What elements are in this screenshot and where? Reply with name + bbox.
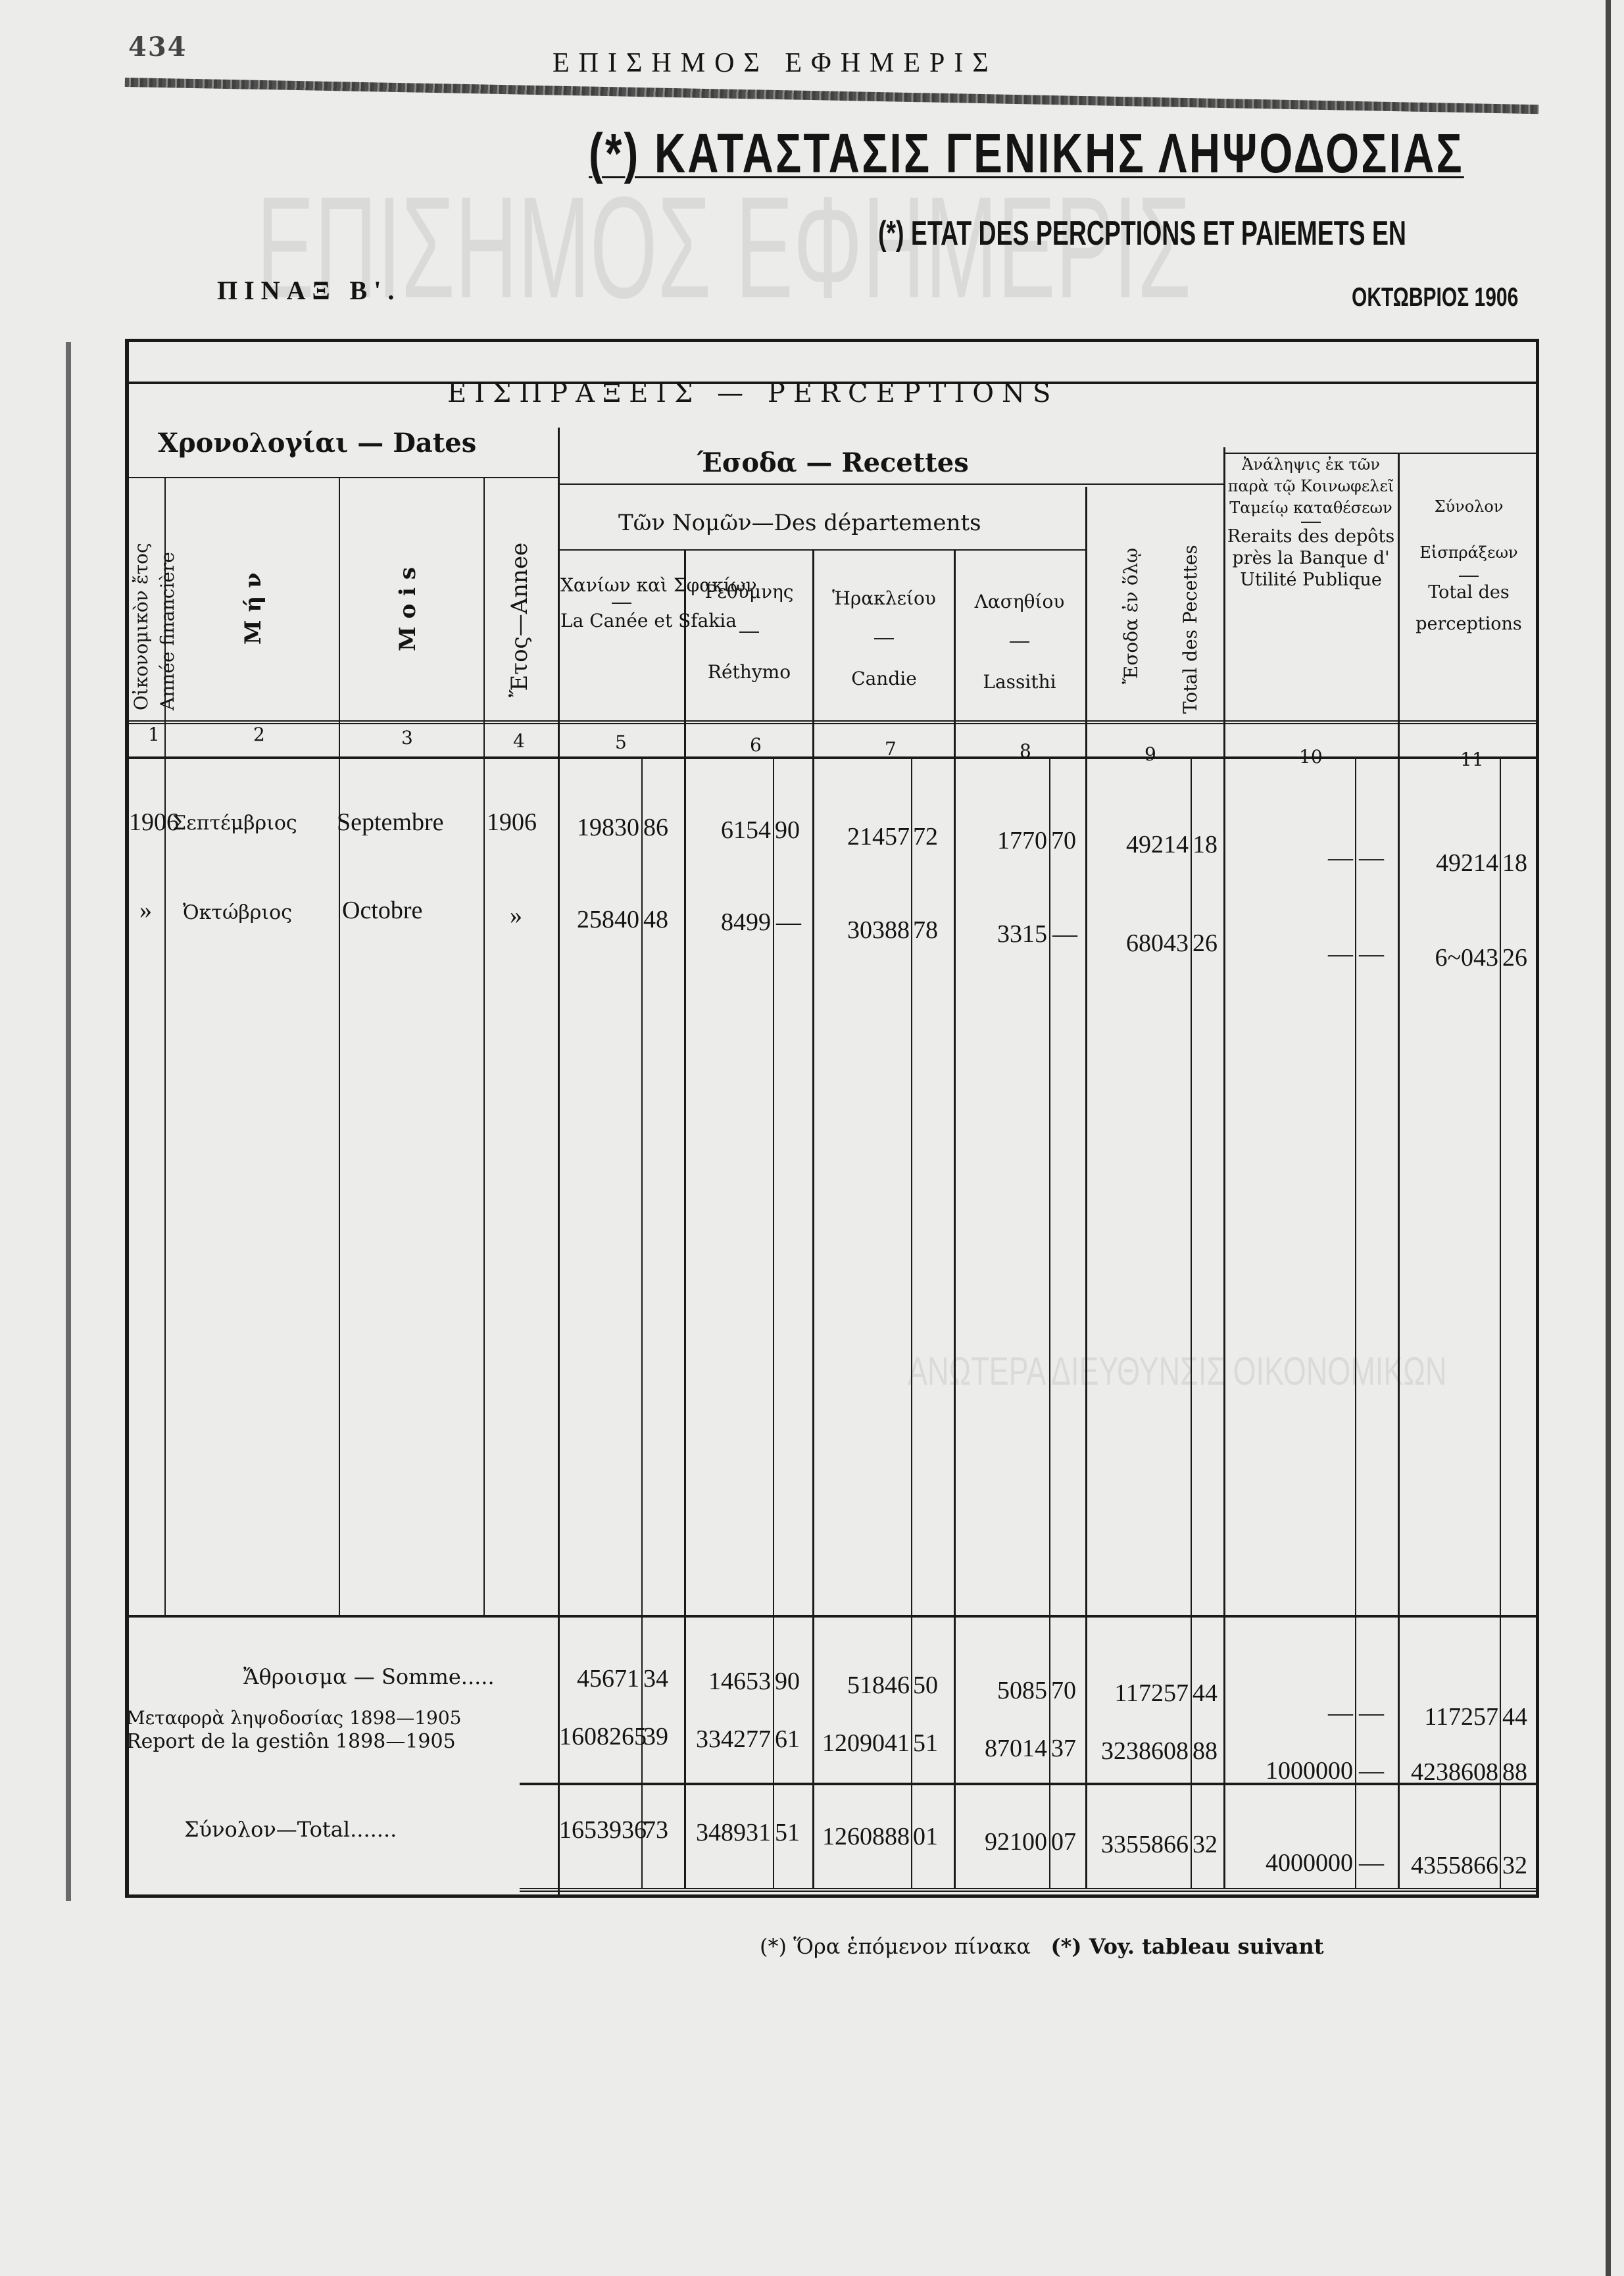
cell-c9-cents: 26 (1193, 929, 1218, 958)
cell-c8: 92100 (955, 1827, 1047, 1856)
cell-c8-cents: 70 (1051, 826, 1076, 855)
cell-c5-cents: 48 (643, 905, 668, 934)
col-number: 6 (750, 734, 762, 756)
cell-c11-cents: 26 (1502, 943, 1527, 972)
footnote-french: (*) Voy. tableau suivant (1051, 1934, 1324, 1959)
header-rule (125, 78, 1539, 114)
col-number: 5 (615, 731, 627, 753)
cell-c10-cents: — (1359, 939, 1384, 968)
cell-c6: 348931 (685, 1818, 771, 1847)
cents-divider (1500, 756, 1501, 1888)
cell-c10-cents: — (1359, 1756, 1384, 1785)
cell-c6-cents: 51 (775, 1818, 800, 1847)
recettes-group-header: Έσοδα — Recettes (697, 447, 969, 478)
cell-month-french: Septembre (337, 808, 444, 837)
report-label-french: Report de la gestiôn 1898—1905 (126, 1730, 456, 1753)
rule-above-somme (125, 1615, 1539, 1618)
col-number: 2 (253, 724, 265, 745)
cell-c9-cents: 88 (1193, 1737, 1218, 1766)
departments-group-header: Τῶν Νομῶν—Des départements (618, 510, 981, 536)
dates-group-header: Χρονολογίαι — Dates (158, 428, 476, 458)
cell-c11-cents: 44 (1502, 1702, 1527, 1731)
col-number: 4 (513, 730, 525, 752)
page-edge (1606, 0, 1611, 2276)
col-number: 11 (1460, 749, 1484, 770)
cell-c7-cents: 50 (913, 1671, 938, 1700)
cell-c8-cents: — (1052, 920, 1077, 949)
cell-c11-cents: 32 (1502, 1851, 1527, 1880)
rule-under-departments (559, 549, 1085, 551)
cell-c6-cents: 90 (775, 1667, 800, 1696)
col-number: 7 (885, 738, 897, 760)
col-divider (339, 477, 340, 1615)
cell-c6-cents: — (776, 908, 801, 937)
cell-c9-cents: 18 (1193, 830, 1218, 859)
somme-label: Ἄθροισμα — Somme..... (243, 1664, 495, 1689)
page-number: 434 (128, 32, 187, 62)
cell-c8: 3315 (955, 920, 1047, 949)
cell-c6: 334277 (685, 1725, 771, 1754)
cell-c8-cents: 07 (1051, 1827, 1076, 1856)
cell-c5: 45671 (559, 1664, 639, 1693)
col-number: 8 (1020, 740, 1031, 762)
cell-c7: 1260888 (814, 1822, 910, 1851)
cell-c9: 3355866 (1087, 1830, 1189, 1859)
cell-month-greek: Σεπτέμβριος (172, 812, 297, 835)
page-title-french: (*) ETAT DES PERCPTIONS ET PAIEMETS EN (878, 214, 1406, 253)
col-number: 1 (148, 724, 160, 745)
cell-c11-cents: 18 (1502, 849, 1527, 878)
cell-c5: 1653936 (559, 1816, 639, 1844)
cell-c9: 68043 (1087, 929, 1189, 958)
cell-c10: — (1225, 939, 1353, 968)
rule-under-dates (125, 477, 559, 478)
col9-header-greek: Ἔσοδα ἐν ὅλῳ (1118, 548, 1144, 684)
page-title-greek: (*) ΚΑΤΑΣΤΑΣΙΣ ΓΕΝΙΚΗΣ ΛΗΨΟΔΟΣΙΑΣ (589, 122, 1464, 186)
cell-c5: 1608265 (559, 1722, 639, 1751)
col10-header: Ἀνάληψις ἐκ τῶν παρὰ τῷ Κοινωφελεῖ Ταμεί… (1225, 454, 1397, 591)
cell-c5-cents: 73 (643, 1816, 668, 1844)
cell-c9: 3238608 (1087, 1737, 1189, 1766)
section-title: ΕΙΣΠΡΑΞΕΙΣ — PERCEPTIONS (447, 378, 1058, 408)
cell-c6: 6154 (685, 816, 771, 845)
cell-c10-cents: — (1359, 1848, 1384, 1877)
cell-c6: 8499 (685, 908, 771, 937)
cents-divider (1191, 756, 1192, 1888)
cell-c7-cents: 51 (913, 1729, 938, 1758)
col11-header: Σύνολον Εἰσπράξεων Total des perceptions (1400, 483, 1538, 640)
col-divider (1398, 454, 1400, 1888)
cell-c7: 51846 (814, 1671, 910, 1700)
cell-c6: 14653 (685, 1667, 771, 1696)
col2-header: Μ ή ν (240, 572, 266, 645)
cell-c10: 4000000 (1225, 1848, 1353, 1877)
cell-c7-cents: 01 (913, 1822, 938, 1851)
cell-month-french: Octobre (342, 896, 422, 925)
cell-c8-cents: 70 (1051, 1676, 1076, 1705)
cell-year: 1906 (129, 808, 179, 837)
cents-divider (1355, 756, 1356, 1888)
cell-c8: 1770 (955, 826, 1047, 855)
cell-c8-cents: 37 (1051, 1734, 1076, 1763)
cell-c9: 49214 (1087, 830, 1189, 859)
cell-c10-cents: — (1359, 843, 1384, 872)
cents-divider (1049, 756, 1050, 1888)
footnote: (*) Ὅρα ἑπόμενον πίνακα (*) Voy. tableau… (760, 1934, 1323, 1959)
running-head: ΕΠΙΣΗΜΟΣ ΕΦΗΜΕΡΙΣ (553, 47, 998, 79)
rule-above-total (520, 1783, 1539, 1785)
cell-c7: 21457 (814, 822, 910, 851)
cell-c5-cents: 86 (643, 813, 668, 842)
cell-month-greek: Ὀκτώβριος (183, 901, 292, 924)
page-title-month: ΟΚΤΩΒΡΙΟΣ 1906 (1352, 283, 1518, 312)
cell-c7: 1209041 (814, 1729, 910, 1758)
col-number: 9 (1144, 743, 1156, 765)
cell-c11: 117257 (1400, 1702, 1498, 1731)
cell-c11: 49214 (1400, 849, 1498, 878)
cell-c8: 87014 (955, 1734, 1047, 1763)
cell-c11: 4355866 (1400, 1851, 1498, 1880)
rule-above-colnums (125, 720, 1539, 724)
cell-annee: » (510, 901, 522, 930)
cell-c10: 1000000 (1225, 1756, 1353, 1785)
cents-divider (773, 756, 774, 1888)
cell-c7: 30388 (814, 916, 910, 945)
col-divider (483, 477, 485, 1615)
col4-header: Ἔτος—Annee (506, 543, 533, 697)
col1-header: Οἰκονομικὸν ἔτος Année financière (128, 543, 181, 710)
cell-c6-cents: 90 (775, 816, 800, 845)
cell-c9-cents: 32 (1193, 1830, 1218, 1859)
rule-bottom (520, 1888, 1539, 1892)
cell-c5-cents: 39 (643, 1722, 668, 1751)
cell-year: » (139, 896, 152, 925)
cell-c5: 19830 (559, 813, 639, 842)
cell-c5: 25840 (559, 905, 639, 934)
cell-c9-cents: 44 (1193, 1679, 1218, 1708)
footnote-greek: (*) Ὅρα ἑπόμενον πίνακα (760, 1934, 1031, 1959)
cell-c10: — (1225, 1698, 1353, 1727)
rule-under-colnums (125, 756, 1539, 759)
col5-header: Χανίων καὶ Σφακίων La Canée et Sfakia (560, 572, 682, 634)
total-label: Σύνολον—Total....... (184, 1817, 397, 1842)
cell-c10: — (1225, 843, 1353, 872)
col6-header: Ρεθύμνης Réthymo (687, 579, 811, 685)
cell-c11-cents: 88 (1502, 1758, 1527, 1787)
col-divider (1223, 447, 1225, 1888)
cell-c7-cents: 78 (913, 916, 938, 945)
col-divider (1085, 487, 1087, 1888)
col1-header-french: Année financière (155, 543, 181, 710)
col-number: 3 (401, 727, 413, 749)
col-number: 10 (1299, 746, 1323, 768)
col8-header: Λασηθίου Lassithi (957, 589, 1082, 695)
cell-annee: 1906 (487, 808, 537, 837)
cell-c11: 6~043 (1400, 943, 1498, 972)
col3-header: M o i s (395, 567, 421, 651)
cell-c7-cents: 72 (913, 822, 938, 851)
table-left-edge-shadow (66, 342, 71, 1901)
cell-c6-cents: 61 (775, 1725, 800, 1754)
col9-header-french: Total des Pecettes (1177, 545, 1204, 714)
cell-c9: 117257 (1087, 1679, 1189, 1708)
cell-c11: 4238608 (1400, 1758, 1498, 1787)
cell-c10-cents: — (1359, 1698, 1384, 1727)
rule-under-recettes (559, 483, 1223, 485)
cents-divider (641, 756, 643, 1888)
cell-c8: 5085 (955, 1676, 1047, 1705)
col1-header-greek: Οἰκονομικὸν ἔτος (128, 543, 155, 710)
table-label: ΠΙΝΑΞ Β'. (217, 275, 401, 306)
cents-divider (911, 756, 912, 1888)
cell-c5-cents: 34 (643, 1664, 668, 1693)
report-label-greek: Μεταφορὰ ληψοδοσίας 1898—1905 (126, 1707, 461, 1729)
col7-header: Ἡρακλείου Candie (816, 585, 952, 692)
